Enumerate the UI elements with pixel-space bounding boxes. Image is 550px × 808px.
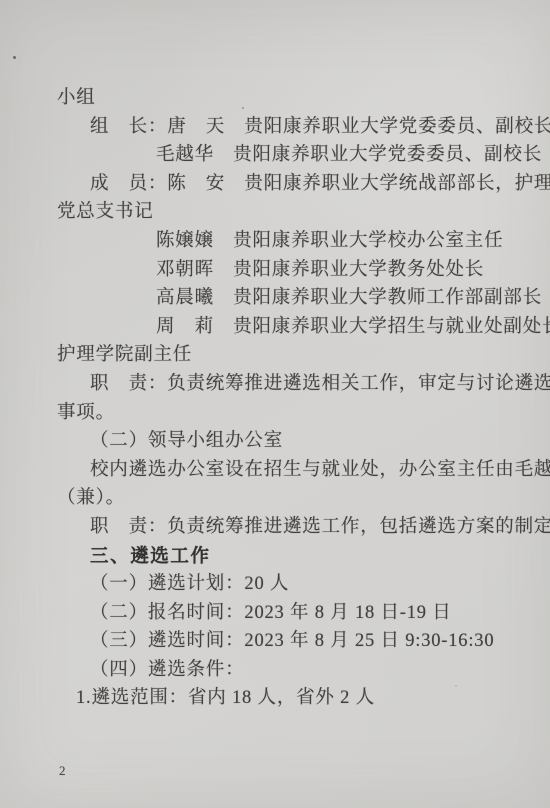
document-line: （三）遴选时间：2023 年 8 月 25 日 9:30-16:30	[57, 627, 540, 656]
document-line: （二）报名时间：2023 年 8 月 18 日-19 日	[57, 599, 540, 628]
document-line: 党总支书记	[57, 198, 540, 227]
document-line: （二）领导小组办公室	[57, 427, 540, 456]
document-line: （四）遴选条件：	[57, 656, 540, 685]
document-line: 高晨曦 贵阳康养职业大学教师工作部副部长	[57, 284, 540, 313]
document-line: 职 责：负责统筹推进遴选相关工作，审定与讨论遴选重大	[57, 370, 540, 399]
document-line: 三、遴选工作	[57, 542, 540, 571]
document-line: 小组	[57, 84, 540, 113]
document-line: 1.遴选范围：省内 18 人，省外 2 人	[57, 684, 540, 713]
document-lines: 小组组 长：唐 天 贵阳康养职业大学党委委员、副校长毛越华 贵阳康养职业大学党委…	[57, 84, 540, 713]
scanned-document-page: 小组组 长：唐 天 贵阳康养职业大学党委委员、副校长毛越华 贵阳康养职业大学党委…	[0, 0, 550, 808]
document-line: （一）遴选计划：20 人	[57, 570, 540, 599]
document-line: 毛越华 贵阳康养职业大学党委委员、副校长	[57, 141, 540, 170]
document-line: 陈嬢嬢 贵阳康养职业大学校办公室主任	[57, 227, 540, 256]
document-line: 成 员：陈 安 贵阳康养职业大学统战部部长，护理学院	[57, 170, 540, 199]
document-line: 事项。	[57, 399, 540, 428]
page-number: 2	[59, 763, 66, 779]
document-line: 职 责：负责统筹推进遴选工作，包括遴选方案的制定。	[57, 513, 540, 542]
document-line: 周 莉 贵阳康养职业大学招生与就业处副处长、	[57, 313, 540, 342]
document-line: 组 长：唐 天 贵阳康养职业大学党委委员、副校长	[57, 113, 540, 142]
document-line: 校内遴选办公室设在招生与就业处，办公室主任由毛越华	[57, 456, 540, 485]
document-line: （兼）。	[57, 484, 540, 513]
document-line: 护理学院副主任	[57, 341, 540, 370]
paper-speck	[13, 56, 16, 59]
document-line: 邓朝晖 贵阳康养职业大学教务处处长	[57, 256, 540, 285]
